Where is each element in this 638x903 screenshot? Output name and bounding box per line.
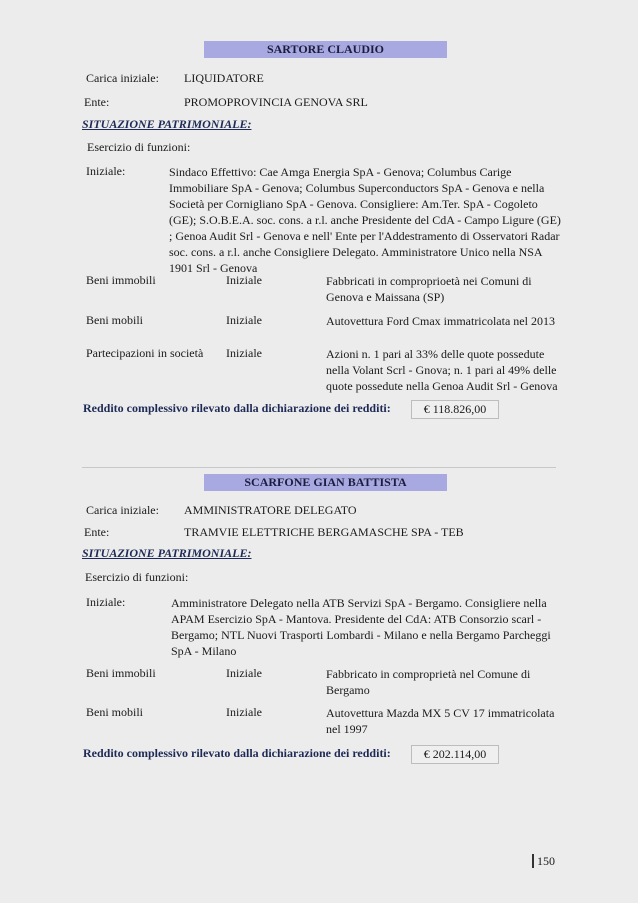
esercizio-label: Esercizio di funzioni: — [87, 140, 190, 155]
person-name-header: SCARFONE GIAN BATTISTA — [204, 474, 447, 491]
carica-value: LIQUIDATORE — [184, 71, 264, 86]
section-title: SITUAZIONE PATRIMONIALE: — [82, 117, 251, 132]
ente-value: PROMOPROVINCIA GENOVA SRL — [184, 95, 368, 110]
income-value: € 118.826,00 — [411, 400, 499, 419]
income-label: Reddito complessivo rilevato dalla dichi… — [83, 401, 391, 416]
document-page: SARTORE CLAUDIO Carica iniziale: LIQUIDA… — [0, 0, 638, 903]
section-title: SITUAZIONE PATRIMONIALE: — [82, 546, 251, 561]
ente-label: Ente: — [84, 525, 109, 540]
carica-label: Carica iniziale: — [86, 503, 159, 518]
income-label: Reddito complessivo rilevato dalla dichi… — [83, 746, 391, 761]
iniziale-label: Iniziale: — [86, 164, 125, 179]
carica-label: Carica iniziale: — [86, 71, 159, 86]
iniziale-text: Sindaco Effettivo: Cae Amga Energia SpA … — [169, 164, 561, 276]
ente-label: Ente: — [84, 95, 109, 110]
iniziale-text: Amministratore Delegato nella ATB Serviz… — [171, 595, 551, 659]
separator — [82, 467, 556, 468]
page-number: 150 — [532, 854, 555, 868]
carica-value: AMMINISTRATORE DELEGATO — [184, 503, 357, 518]
person-name-header: SARTORE CLAUDIO — [204, 41, 447, 58]
iniziale-label: Iniziale: — [86, 595, 125, 610]
ente-value: TRAMVIE ELETTRICHE BERGAMASCHE SPA - TEB — [184, 525, 464, 540]
esercizio-label: Esercizio di funzioni: — [85, 570, 188, 585]
income-value: € 202.114,00 — [411, 745, 499, 764]
